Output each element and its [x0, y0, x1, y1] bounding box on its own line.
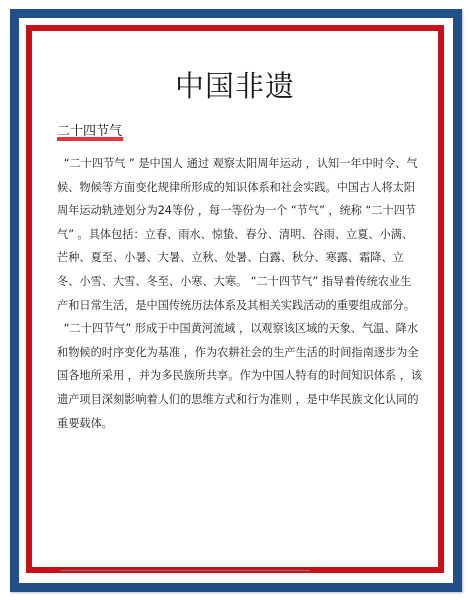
section-heading-block: 二十四节气 — [57, 124, 122, 139]
text-line: 国各地所采用 ，并为多民族所共享。作为中国人特有的时间知识体系 ，该 — [57, 364, 413, 388]
paragraph-2: “二十四节气” 形成于中国黄河流域 ，以观察该区域的天象、气温、降水 和物候的时… — [57, 317, 413, 435]
text-line: “二十四节气” 形成于中国黄河流域 ，以观察该区域的天象、气温、降水 — [57, 317, 413, 341]
document-page: 中国非遗 二十四节气 “二十四节气 ” 是中国人 通过 观察太阳周年运动 ，认知… — [32, 31, 438, 567]
text-line: 重要载体。 — [57, 412, 413, 436]
footer-rule — [60, 570, 310, 571]
text-line: 芒种、夏至、小暑、大暑、立秋、处暑、白露、秋分、寒露、霜降、立 — [57, 246, 413, 270]
text-line: 和物候的时序变化为基准 ，作为农耕社会的生产生活的时间指南逐步为全 — [57, 341, 413, 365]
page-title: 中国非遗 — [32, 64, 438, 105]
text-line: 候、物候等方面变化规律所形成的知识体系和社会实践。中国古人将太阳 — [57, 176, 413, 200]
text-line: 周年运动轨迹划分为24等份 ，每一等份为一个 “节气” ，统称 “二十四节 — [57, 199, 413, 223]
section-heading: 二十四节气 — [57, 124, 122, 139]
text-line: 冬、小雪、大雪、冬至、小寒、大寒。 “二十四节气” 指导着传统农业生 — [57, 270, 413, 294]
text-line: “二十四节气 ” 是中国人 通过 观察太阳周年运动 ，认知一年中时令、气 — [57, 152, 413, 176]
paragraph-1: “二十四节气 ” 是中国人 通过 观察太阳周年运动 ，认知一年中时令、气 候、物… — [57, 152, 413, 317]
text-line: 产和日常生活，是中国传统历法体系及其相关实践活动的重要组成部分。 — [57, 294, 413, 318]
text-line: 遗产项目深刻影响着人们的思维方式和行为准则 ，是中华民族文化认同的 — [57, 388, 413, 412]
document-body: “二十四节气 ” 是中国人 通过 观察太阳周年运动 ，认知一年中时令、气 候、物… — [57, 152, 413, 435]
text-line: 气” 。具体包括：立春、雨水、惊蛰、春分、清明、谷雨、立夏、小满、 — [57, 223, 413, 247]
